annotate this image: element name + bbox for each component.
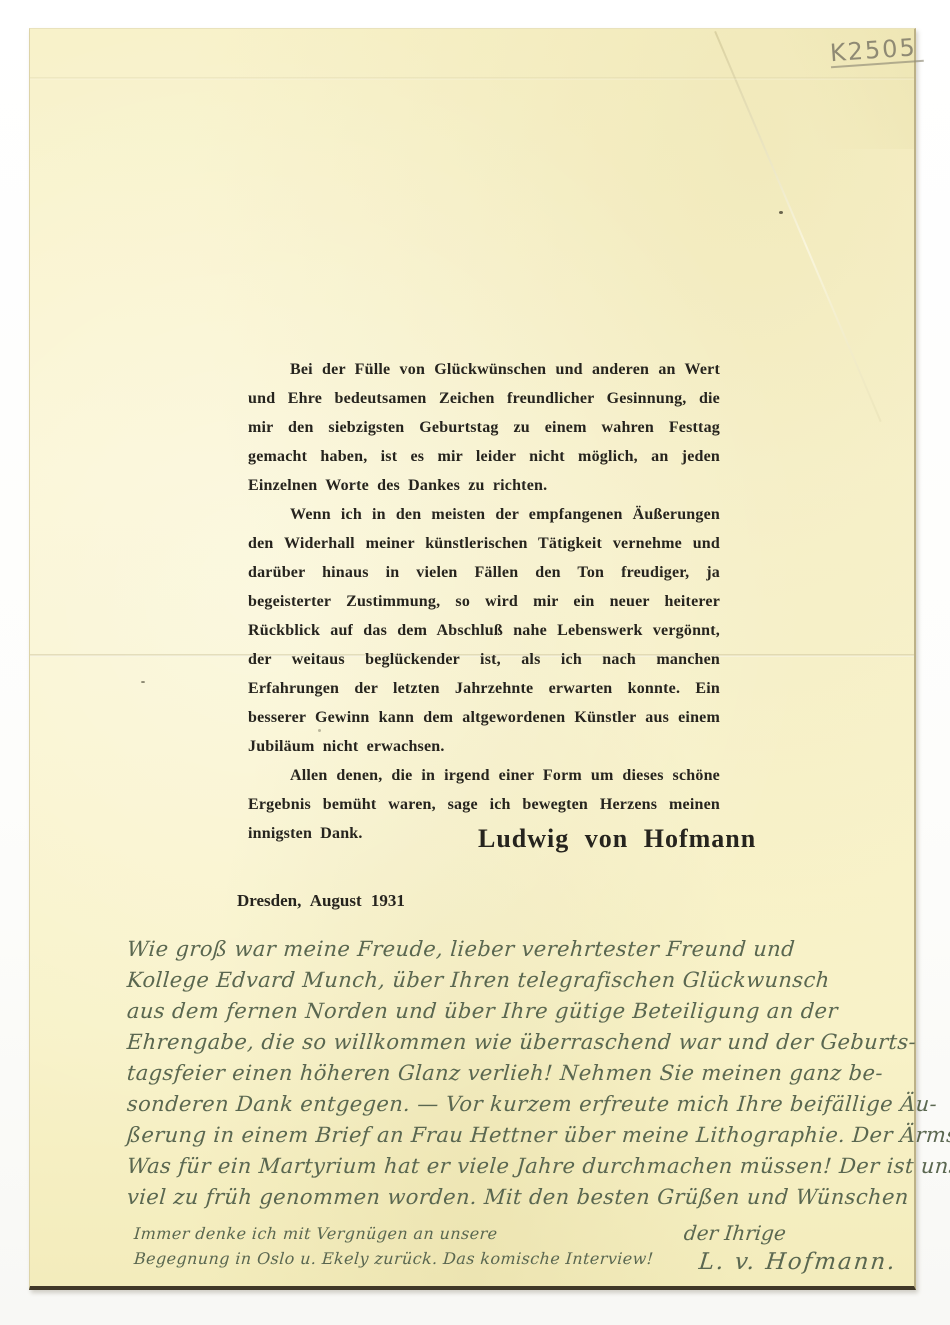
printed-paragraph-1: Bei der Fülle von Glückwünschen und ande… (248, 355, 720, 500)
handwritten-note: Wie groß war meine Freude, lieber verehr… (127, 934, 902, 1213)
handwritten-signature: L. v. Hofmann. (698, 1249, 898, 1275)
dateline: Dresden, August 1931 (237, 891, 405, 911)
handwriting-line: aus dem fernen Norden und über Ihre güti… (126, 996, 903, 1027)
paper-speck (779, 211, 783, 214)
paper-speck (141, 681, 145, 683)
printed-paragraph-2: Wenn ich in den meisten der empfangenen … (248, 500, 720, 761)
handwriting-line: tagsfeier einen höheren Glanz verlieh! N… (126, 1058, 903, 1089)
handwriting-line: Was für ein Martyrium hat er viele Jahre… (126, 1151, 903, 1182)
printed-letter-body: Bei der Fülle von Glückwünschen und ande… (248, 355, 720, 848)
handwriting-line: Wie groß war meine Freude, lieber verehr… (126, 934, 903, 965)
printed-signature: Ludwig von Hofmann (478, 824, 756, 854)
handwriting-line: ßerung in einem Brief an Frau Hettner üb… (126, 1120, 903, 1151)
handwriting-line: Ehrengabe, die so willkommen wie überras… (126, 1027, 903, 1058)
postscript-line: Begegnung in Oslo u. Ekely zurück. Das k… (133, 1246, 654, 1271)
handwritten-closing: der Ihrige (683, 1221, 787, 1245)
scan-background: K2505 Bei der Fülle von Glückwünschen un… (0, 0, 950, 1325)
letter-paper: K2505 Bei der Fülle von Glückwünschen un… (29, 28, 916, 1290)
handwriting-line: Kollege Edvard Munch, über Ihren telegra… (126, 965, 903, 996)
handwriting-line: sonderen Dank entgegen. — Vor kurzem erf… (126, 1089, 903, 1120)
handwriting-line: viel zu früh genommen worden. Mit den be… (126, 1182, 903, 1213)
fold-crease-top (30, 77, 914, 80)
handwritten-postscript: Immer denke ich mit Vergnügen an unsere … (134, 1221, 654, 1271)
postscript-line: Immer denke ich mit Vergnügen an unsere (133, 1221, 654, 1246)
